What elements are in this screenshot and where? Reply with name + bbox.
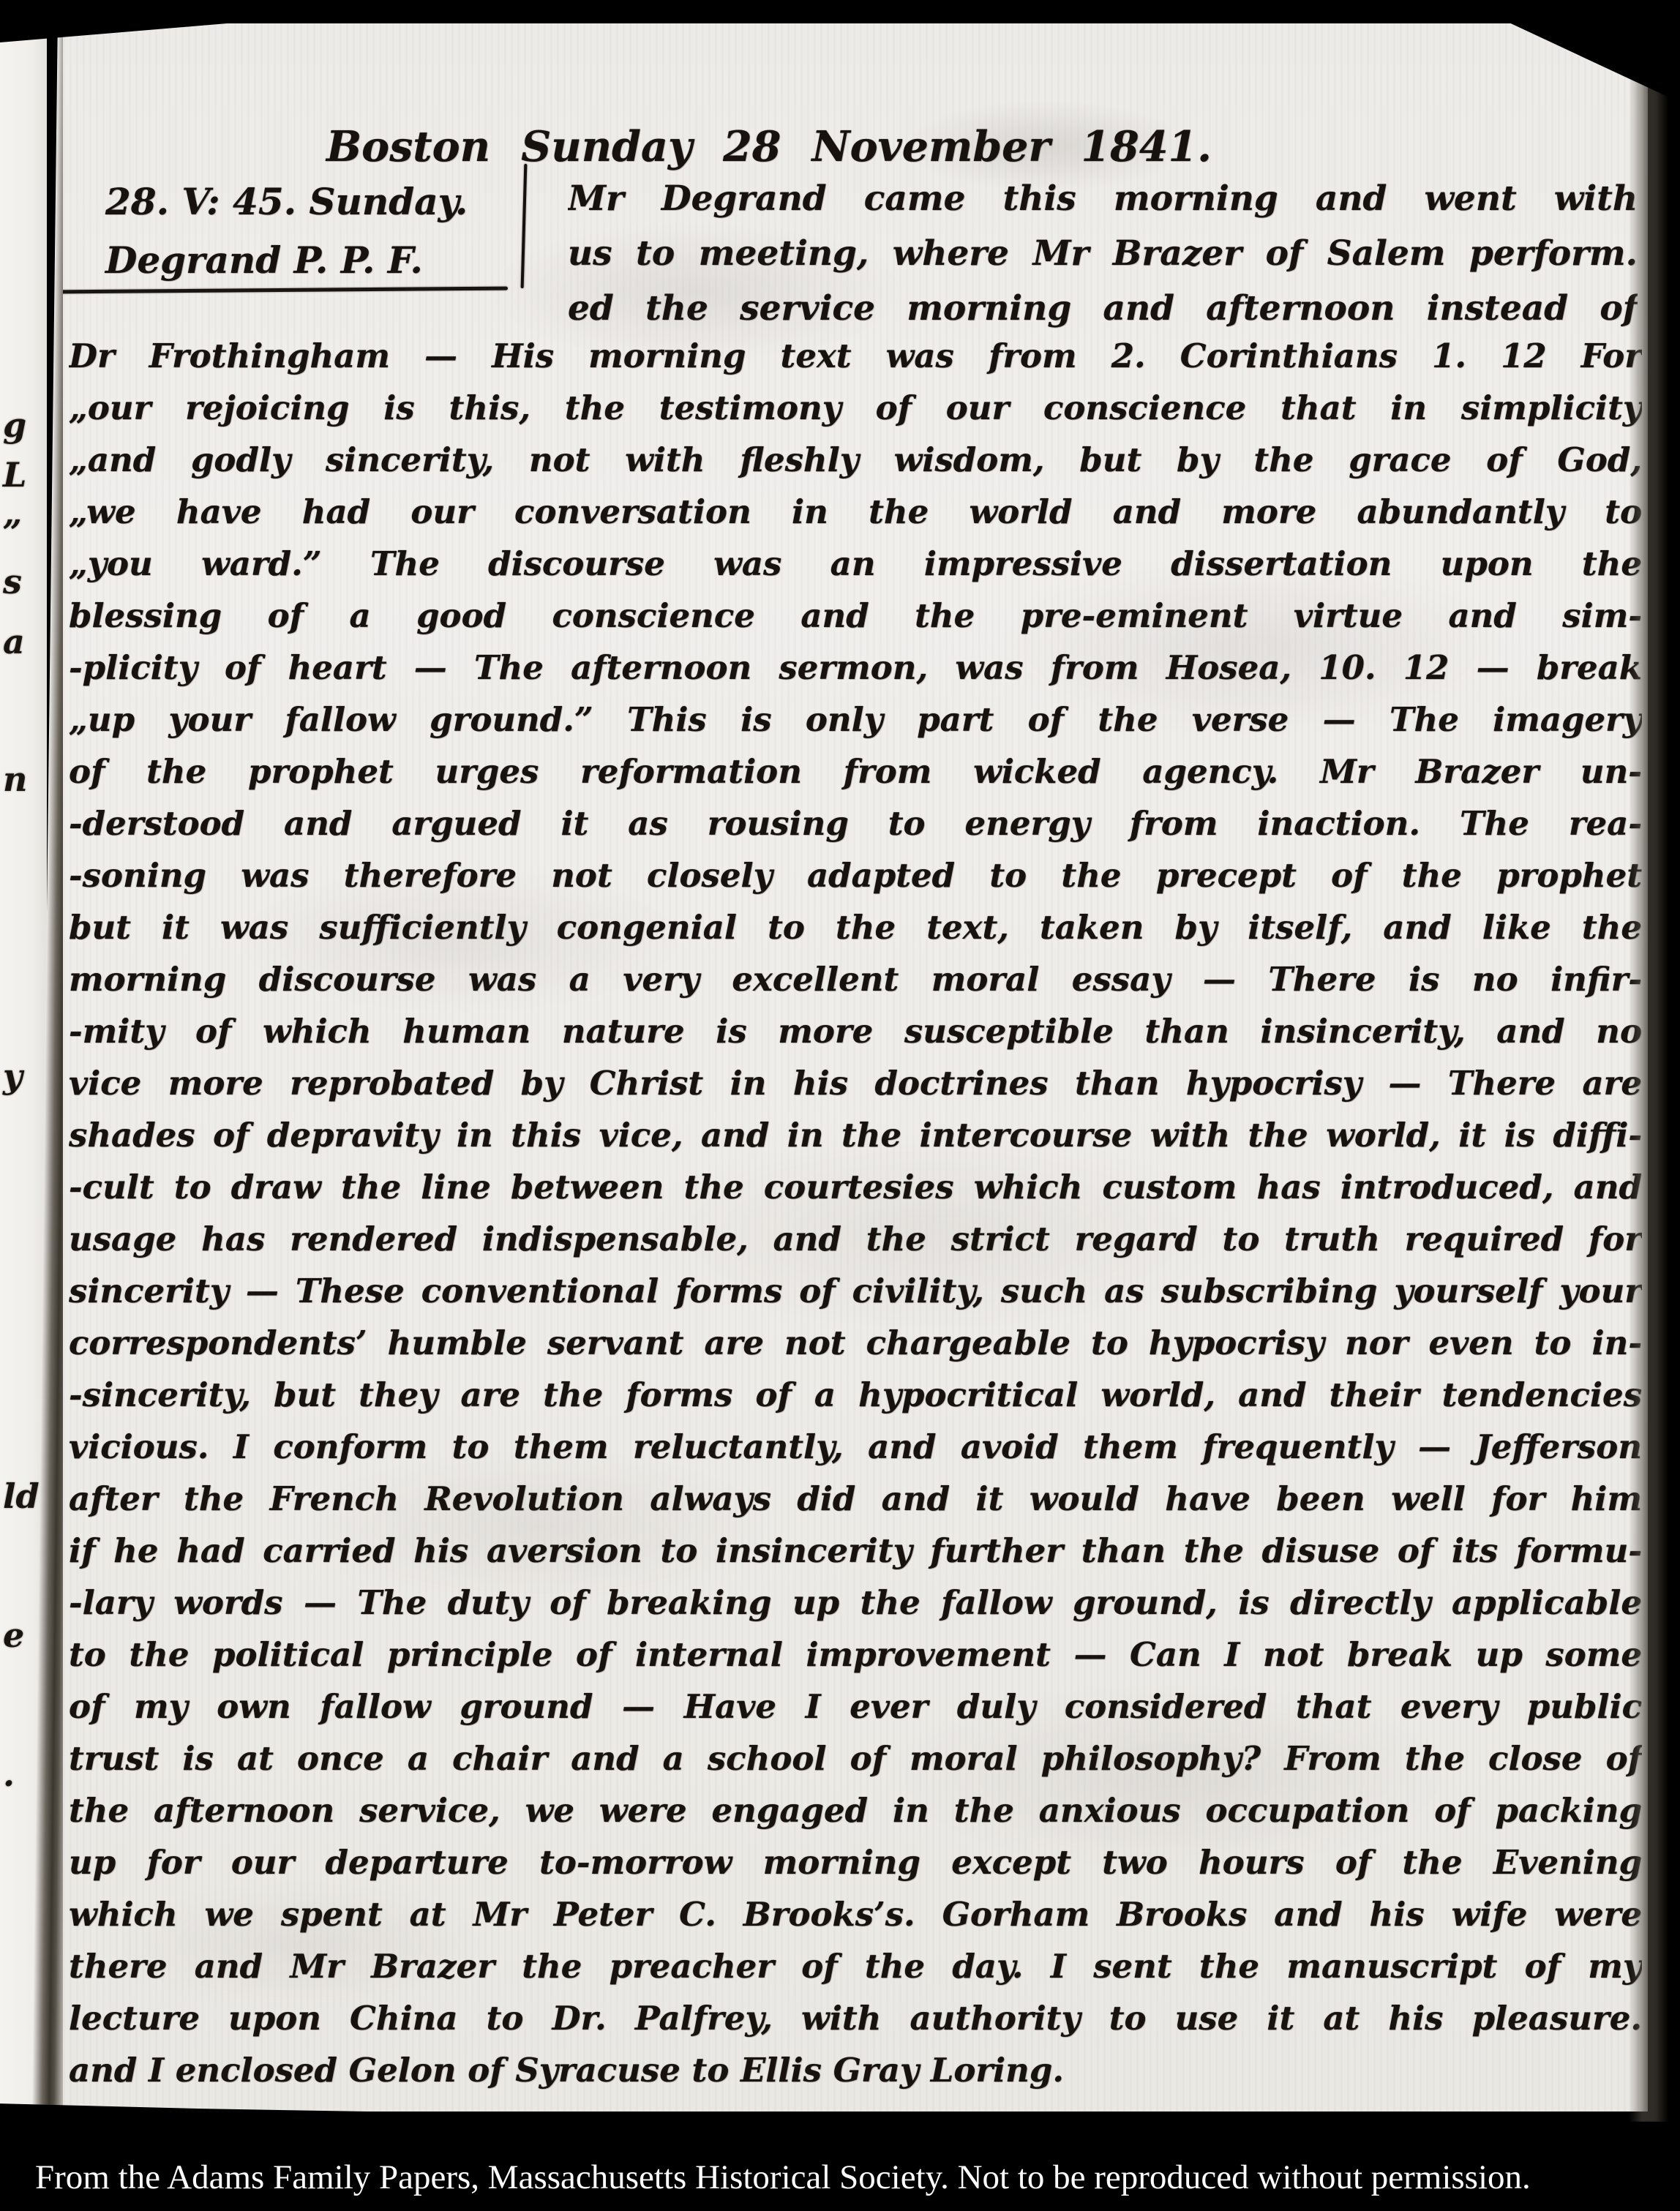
manuscript-page: Boston Sunday 28 November 1841. 28. V: 4… (63, 20, 1648, 2111)
entry-heading: Boston Sunday 28 November 1841. (326, 118, 1212, 176)
handwritten-line: -plicity of heart — The afternoon sermon… (69, 642, 1642, 694)
handwritten-line: correspondents’ humble servant are not c… (69, 1317, 1642, 1369)
stray-ink-fragment: L (3, 458, 26, 492)
handwritten-line: -derstood and argued it as rousing to en… (69, 797, 1642, 849)
margin-underline-stroke (63, 287, 508, 294)
handwritten-line: „up your fallow ground.” This is only pa… (69, 694, 1642, 746)
handwritten-line: of the prophet urges reformation from wi… (69, 746, 1642, 797)
handwritten-line: -lary words — The duty of breaking up th… (69, 1577, 1642, 1629)
handwritten-line: up for our departure to-morrow morning e… (69, 1836, 1642, 1888)
handwritten-line: -soning was therefore not closely adapte… (69, 849, 1642, 901)
handwritten-line: -mity of which human nature is more susc… (69, 1005, 1642, 1057)
stray-ink-fragment: ld (3, 1479, 40, 1513)
photo-caption: From the Adams Family Papers, Massachuse… (35, 2157, 1677, 2198)
handwritten-line: the afternoon service, we were engaged i… (69, 1784, 1642, 1836)
manuscript-photo: gL„sanylde. Boston Sunday 28 November 18… (0, 0, 1680, 2211)
handwritten-line: blessing of a good conscience and the pr… (69, 590, 1642, 642)
handwritten-line: „we have had our conversation in the wor… (69, 486, 1642, 538)
handwritten-line: after the French Revolution always did a… (69, 1473, 1642, 1525)
handwritten-line: there and Mr Brazer the preacher of the … (69, 1940, 1642, 1992)
handwritten-line: ed the service morning and afternoon ins… (568, 281, 1638, 336)
handwritten-line: lecture upon China to Dr. Palfrey, with … (69, 1992, 1642, 2044)
handwritten-line: trust is at once a chair and a school of… (69, 1733, 1642, 1784)
handwritten-line: sincerity — These conventional forms of … (69, 1265, 1642, 1317)
stray-ink-fragment: g (3, 408, 26, 442)
margin-note-date: 28. V: 45. Sunday. (105, 180, 468, 224)
handwritten-line: shades of depravity in this vice, and in… (69, 1109, 1642, 1161)
handwritten-line: -sincerity, but they are the forms of a … (69, 1369, 1642, 1421)
stray-ink-fragment: a (3, 625, 25, 658)
handwritten-line: Mr Degrand came this morning and went wi… (568, 171, 1638, 226)
entry-opening-lines: Mr Degrand came this morning and went wi… (568, 171, 1638, 336)
handwritten-line: „you ward.” The discourse was an impress… (69, 538, 1642, 590)
entry-body-lines: Dr Frothingham — His morning text was fr… (69, 330, 1642, 2096)
handwritten-line: but it was sufficiently congenial to the… (69, 901, 1642, 953)
handwritten-line: which we spent at Mr Peter C. Brooks’s. … (69, 1888, 1642, 1940)
handwritten-line: usage has rendered indispensable, and th… (69, 1213, 1642, 1265)
page-fore-edge-shadow (1629, 0, 1680, 2211)
handwritten-line: and I enclosed Gelon of Syracuse to Elli… (69, 2044, 1642, 2096)
photo-top-border (0, 0, 1680, 23)
handwritten-line: Dr Frothingham — His morning text was fr… (69, 330, 1642, 382)
stray-ink-fragment: y (3, 1059, 23, 1093)
handwritten-line: „our rejoicing is this, the testimony of… (69, 382, 1642, 434)
handwritten-line: to the political principle of internal i… (69, 1629, 1642, 1681)
margin-note-visitor: Degrand P. P. F. (105, 239, 423, 282)
handwritten-line: of my own fallow ground — Have I ever du… (69, 1681, 1642, 1733)
handwritten-line: vice more reprobated by Christ in his do… (69, 1057, 1642, 1109)
handwritten-line: morning discourse was a very excellent m… (69, 953, 1642, 1005)
handwritten-line: „and godly sincerity, not with fleshly w… (69, 434, 1642, 486)
stray-ink-fragment: . (3, 1757, 15, 1791)
stray-ink-fragment: n (3, 762, 27, 796)
handwritten-line: vicious. I conform to them reluctantly, … (69, 1421, 1642, 1473)
stray-ink-fragment: „ (3, 496, 22, 530)
handwritten-line: us to meeting, where Mr Brazer of Salem … (568, 226, 1638, 281)
stray-ink-fragment: e (3, 1618, 24, 1652)
stray-ink-fragment: s (3, 565, 22, 598)
handwritten-line: -cult to draw the line between the court… (69, 1161, 1642, 1213)
margin-divider-stroke (521, 164, 528, 288)
handwritten-line: if he had carried his aversion to insinc… (69, 1525, 1642, 1577)
